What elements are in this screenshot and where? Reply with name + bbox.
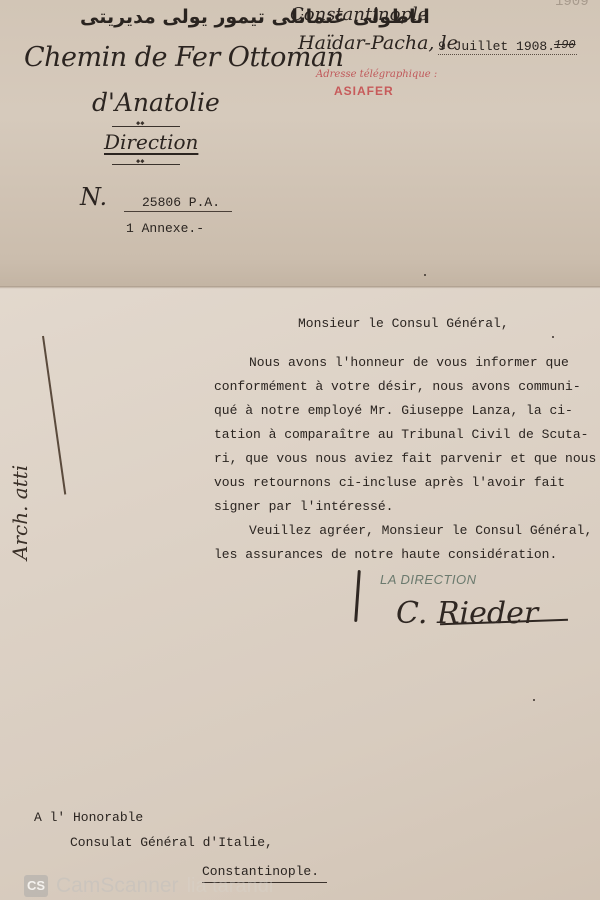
salutation: Monsieur le Consul Général, — [298, 316, 509, 331]
department-label: Direction — [104, 130, 198, 154]
reference-number: 25806 P.A. — [124, 195, 232, 212]
closing-line: Veuillez agréer, Monsieur le Consul Géné… — [249, 523, 592, 538]
company-name-line1: Chemin de Fer Ottoman — [24, 42, 344, 73]
number-label: N. — [80, 183, 107, 211]
camscanner-logo-icon: CS — [24, 875, 48, 897]
paper-speck — [533, 699, 535, 701]
margin-handwritten-note: Arch. atti — [8, 465, 32, 560]
watermark-extra: lia tarandi — [187, 875, 274, 898]
body-line: tation à comparaître au Tribunal Civil d… — [214, 427, 588, 442]
watermark-text: CamScanner — [56, 874, 179, 898]
body-line: conformément à votre désir, nous avons c… — [214, 379, 581, 394]
place-label: Haïdar-Pacha, le — [298, 32, 458, 54]
telegraph-address: ASIAFER — [334, 84, 394, 98]
telegraph-label: Adresse télégraphique : — [316, 69, 437, 80]
closing-line: les assurances de notre haute considérat… — [214, 547, 557, 562]
pencil-note: 1909 — [555, 0, 589, 10]
city-label: Constantinople — [290, 4, 428, 25]
paper-speck — [424, 274, 426, 276]
body-line: Nous avons l'honneur de vous informer qu… — [249, 355, 569, 370]
ornament-divider-bottom — [112, 164, 180, 165]
recipient-line1: A l' Honorable — [34, 810, 143, 825]
body-line: signer par l'intéressé. — [214, 499, 393, 514]
camscanner-watermark: CS CamScanner lia tarandi — [24, 874, 273, 898]
date-strikeout: 190 — [554, 38, 576, 52]
direction-stamp: LA DIRECTION — [380, 572, 477, 587]
paper-speck — [552, 336, 554, 338]
recipient-line2: Consulat Général d'Italie, — [70, 835, 273, 850]
company-name-line2: d'Anatolie — [92, 88, 220, 117]
annex-count: 1 Annexe.- — [126, 221, 204, 236]
body-line: vous retournons ci-incluse après l'avoir… — [214, 475, 565, 490]
signature: C. Rieder — [396, 596, 538, 631]
body-line: qué à notre employé Mr. Giuseppe Lanza, … — [214, 403, 573, 418]
fold-crease — [0, 286, 600, 289]
body-line: ri, que vous nous aviez fait parvenir et… — [214, 451, 596, 466]
ornament-divider-top — [112, 126, 180, 127]
